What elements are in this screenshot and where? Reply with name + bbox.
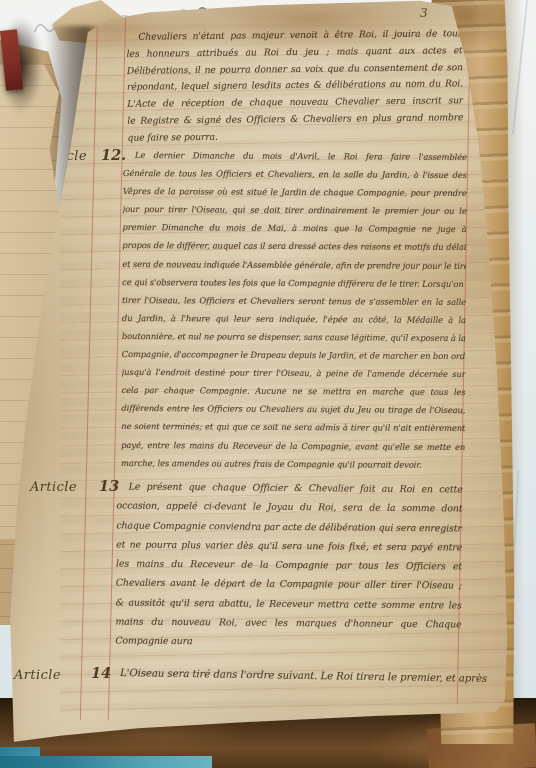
manuscript-line: propos de le différer, auquel cas il ser… bbox=[122, 236, 466, 256]
page-number: 3 bbox=[420, 6, 428, 20]
article-text: Le dernier Dimanche du mois d'Avril, le … bbox=[121, 146, 467, 474]
article-text: Le présent que chaque Officier & Chevali… bbox=[115, 477, 463, 654]
manuscript-page: 3 Chevaliers n'étant pas majeur venoit à… bbox=[0, 0, 536, 768]
manuscript-line: Compagnie, d'accompagner le Drapeau depu… bbox=[122, 345, 466, 365]
manuscript-line: premier Dimanche du mois de Mai, à moins… bbox=[122, 218, 466, 238]
manuscript-line: payé, entre les mains du Receveur de la … bbox=[121, 435, 465, 455]
manuscript-line: jour pour tirer l'Oiseau, qui se doit ti… bbox=[123, 200, 467, 220]
manuscript-line: cela par chaque Compagnie. Aucune ne se … bbox=[121, 381, 465, 401]
article-label: Article bbox=[30, 480, 77, 495]
manuscript-line: Compagnie aura bbox=[115, 632, 461, 654]
manuscript-line: ne soient terminés; et qui que ce soit n… bbox=[121, 417, 465, 437]
manuscript-line: et sera de nouveau indiquée l'Assemblée … bbox=[122, 255, 466, 275]
manuscript-line: que faire se pourra. bbox=[127, 127, 463, 147]
manuscript-line: différends entre les Officiers ou Cheval… bbox=[121, 399, 465, 419]
manuscript-line: Le dernier Dimanche du mois d'Avril, le … bbox=[123, 146, 467, 166]
manuscript-line: boutonnière, et nul ne pourra se dispens… bbox=[122, 327, 466, 347]
manuscript-line: ce qui s'observera toutes les fois que l… bbox=[122, 273, 466, 293]
manuscript-line: du Jardin, à l'heure qui leur sera indiq… bbox=[122, 309, 466, 329]
manuscript-line: tirer l'Oiseau, les Officiers et Chevali… bbox=[122, 291, 466, 311]
article-label: Article bbox=[14, 668, 61, 683]
photo-scene: 3 Chevaliers n'étant pas majeur venoit à… bbox=[0, 0, 536, 768]
manuscript-line: jusqu'à l'endroit destiné pour tirer l'O… bbox=[122, 363, 466, 383]
manuscript-line: Vêpres de la paroisse où est situé le Ja… bbox=[123, 182, 467, 202]
continuation-paragraph: Chevaliers n'étant pas majeur venoit à ê… bbox=[126, 26, 463, 147]
manuscript-line: Générale de tous les Officiers et Cheval… bbox=[123, 164, 467, 184]
manuscript-line: marche, les amendes ou autres frais de C… bbox=[121, 454, 465, 474]
teal-surface bbox=[0, 756, 212, 768]
